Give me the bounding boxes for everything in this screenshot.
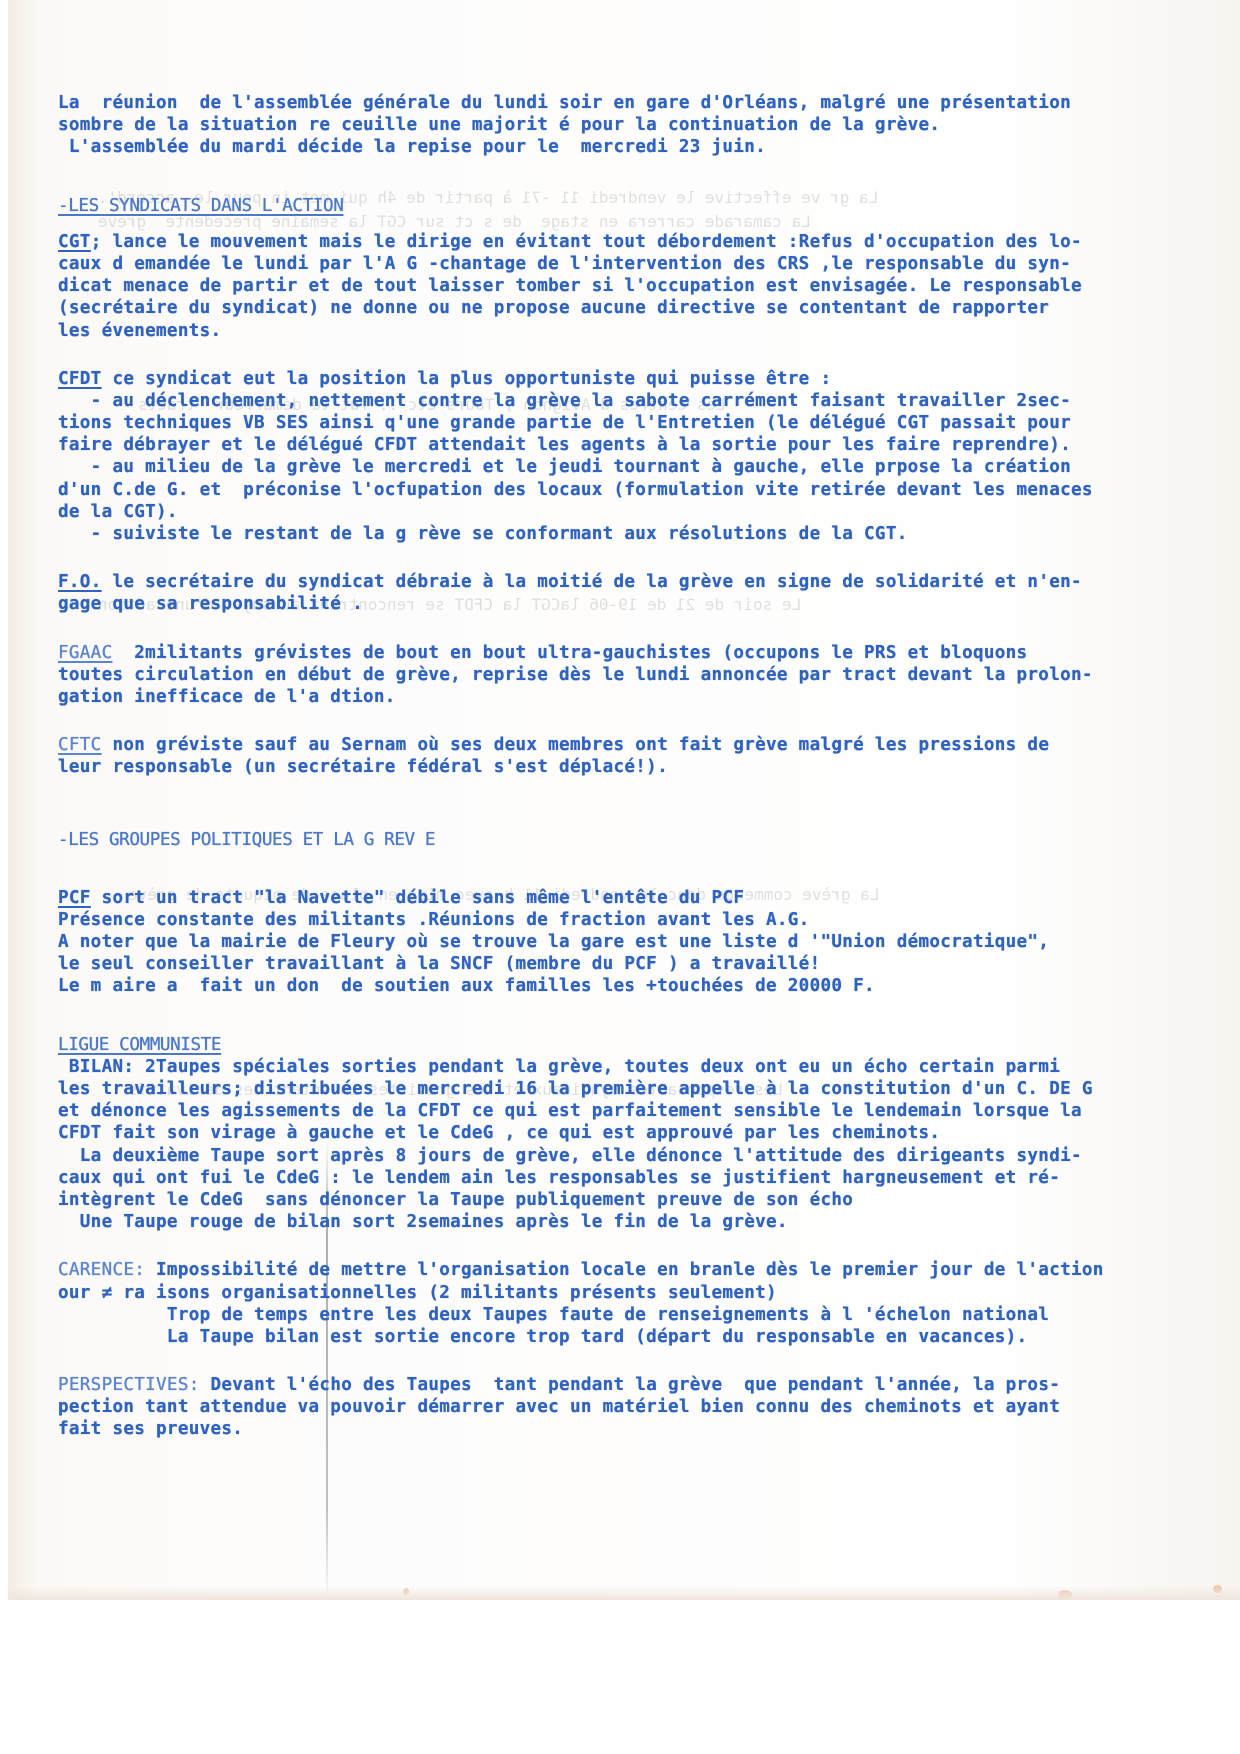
- pcf-text: Présence constante des militants .Réunio…: [58, 909, 1238, 931]
- carence-text: Trop de temps entre les deux Taupes faut…: [58, 1304, 1238, 1326]
- intro-line: L'assemblée du mardi décide la repise po…: [58, 136, 1238, 158]
- cftc-block: CFTC non gréviste sauf au Sernam où ses …: [58, 734, 1238, 778]
- rust-stain: [403, 1588, 409, 1595]
- cgt-text: les évenements.: [58, 320, 1238, 342]
- cgt-text: caux d emandée le lundi par l'A G -chant…: [58, 253, 1238, 275]
- fo-text: le secrétaire du syndicat débraie à la m…: [102, 572, 1082, 592]
- pcf-label: PCF: [58, 888, 91, 908]
- cgt-text: ; lance le mouvement mais le dirige en é…: [91, 232, 1082, 252]
- carence-text: La Taupe bilan est sortie encore trop ta…: [58, 1326, 1238, 1348]
- cfdt-text: - au milieu de la grève le mercredi et l…: [58, 456, 1238, 478]
- cfdt-text: - au déclenchement, nettement contre la …: [58, 390, 1238, 412]
- intro-line: sombre de la situation re ceuille une ma…: [58, 114, 1238, 136]
- intro-line: La réunion de l'assemblée générale du lu…: [58, 92, 1238, 114]
- carence-text: our ≠ ra isons organisationnelles (2 mil…: [58, 1282, 1238, 1304]
- cfdt-text: faire débrayer et le délégué CFDT attend…: [58, 434, 1238, 456]
- scanned-page: La gr ve effective le vendredi 11 -71 à …: [8, 0, 1240, 1600]
- pcf-text: sort un tract "la Navette" débile sans m…: [91, 888, 745, 908]
- carence-text: Impossibilité de mettre l'organisation l…: [145, 1260, 1104, 1280]
- rust-stain: [1213, 1585, 1222, 1593]
- perspectives-label: PERSPECTIVES:: [58, 1375, 200, 1395]
- bilan-text: Une Taupe rouge de bilan sort 2semaines …: [58, 1211, 1238, 1233]
- document-body: La réunion de l'assemblée générale du lu…: [58, 92, 1238, 1441]
- rust-stain: [1058, 1590, 1072, 1600]
- cgt-text: (secrétaire du syndicat) ne donne ou ne …: [58, 297, 1238, 319]
- section-groupes-politiques: -LES GROUPES POLITIQUES ET LA G REV E PC…: [58, 829, 1238, 1441]
- fgaac-text: toutes circulation en début de grève, re…: [58, 664, 1238, 686]
- ligue-label: LIGUE COMMUNISTE: [58, 1034, 1238, 1056]
- fo-block: F.O. le secrétaire du syndicat débraie à…: [58, 571, 1238, 615]
- perspectives-text: fait ses preuves.: [58, 1418, 1238, 1440]
- fgaac-label: FGAAC: [58, 643, 112, 663]
- cfdt-text: d'un C.de G. et préconise l'ocfupation d…: [58, 479, 1238, 501]
- cfdt-block: CFDT ce syndicat eut la position la plus…: [58, 368, 1238, 546]
- cfdt-text: tions techniques VB SES ainsi q'une gran…: [58, 412, 1238, 434]
- ligue-communiste-block: LIGUE COMMUNISTE BILAN: 2Taupes spéciale…: [58, 1034, 1238, 1441]
- cgt-label: CGT: [58, 232, 91, 252]
- cfdt-text: - suiviste le restant de la g rève se co…: [58, 523, 1238, 545]
- pcf-text: A noter que la mairie de Fleury où se tr…: [58, 931, 1238, 953]
- fo-label: F.O.: [58, 572, 102, 592]
- cgt-block: CGT; lance le mouvement mais le dirige e…: [58, 231, 1238, 342]
- fgaac-text: gation inefficace de l'a dtion.: [58, 686, 1238, 708]
- perspectives-text: pection tant attendue va pouvoir démarre…: [58, 1396, 1238, 1418]
- cfdt-text: ce syndicat eut la position la plus oppo…: [102, 369, 832, 389]
- section-heading: -LES GROUPES POLITIQUES ET LA G REV E: [58, 829, 1238, 851]
- bilan-text: CFDT fait son virage à gauche et le CdeG…: [58, 1122, 1238, 1144]
- section-syndicats: -LES SYNDICATS DANS L'ACTION CGT; lance …: [58, 195, 1238, 779]
- pcf-text: Le m aire a fait un don de soutien aux f…: [58, 975, 1238, 997]
- bilan-text: et dénonce les agissements de la CFDT ce…: [58, 1100, 1238, 1122]
- carence-label: CARENCE:: [58, 1260, 145, 1280]
- perspectives-text: Devant l'écho des Taupes tant pendant la…: [200, 1375, 1061, 1395]
- fgaac-text: 2militants grévistes de bout en bout ult…: [112, 643, 1027, 663]
- cftc-text: non gréviste sauf au Sernam où ses deux …: [102, 735, 1050, 755]
- intro-paragraph: La réunion de l'assemblée générale du lu…: [58, 92, 1238, 159]
- pcf-block: PCF sort un tract "la Navette" débile sa…: [58, 887, 1238, 998]
- bilan-text: BILAN: 2Taupes spéciales sorties pendant…: [58, 1056, 1238, 1078]
- cfdt-text: de la CGT).: [58, 501, 1238, 523]
- cfdt-label: CFDT: [58, 369, 102, 389]
- fgaac-block: FGAAC 2militants grévistes de bout en bo…: [58, 642, 1238, 709]
- bilan-text: intègrent le CdeG sans dénoncer la Taupe…: [58, 1189, 1238, 1211]
- bilan-text: La deuxième Taupe sort après 8 jours de …: [58, 1145, 1238, 1167]
- fo-text: gage que sa responsabilité .: [58, 593, 1238, 615]
- cgt-text: dicat menace de partir et de tout laisse…: [58, 275, 1238, 297]
- bilan-text: caux qui ont fui le CdeG : le lendem ain…: [58, 1167, 1238, 1189]
- bilan-text: les travailleurs; distribuées le mercred…: [58, 1078, 1238, 1100]
- cftc-label: CFTC: [58, 735, 102, 755]
- section-heading: -LES SYNDICATS DANS L'ACTION: [58, 195, 1238, 217]
- pcf-text: le seul conseiller travaillant à la SNCF…: [58, 953, 1238, 975]
- cftc-text: leur responsable (un secrétaire fédéral …: [58, 756, 1238, 778]
